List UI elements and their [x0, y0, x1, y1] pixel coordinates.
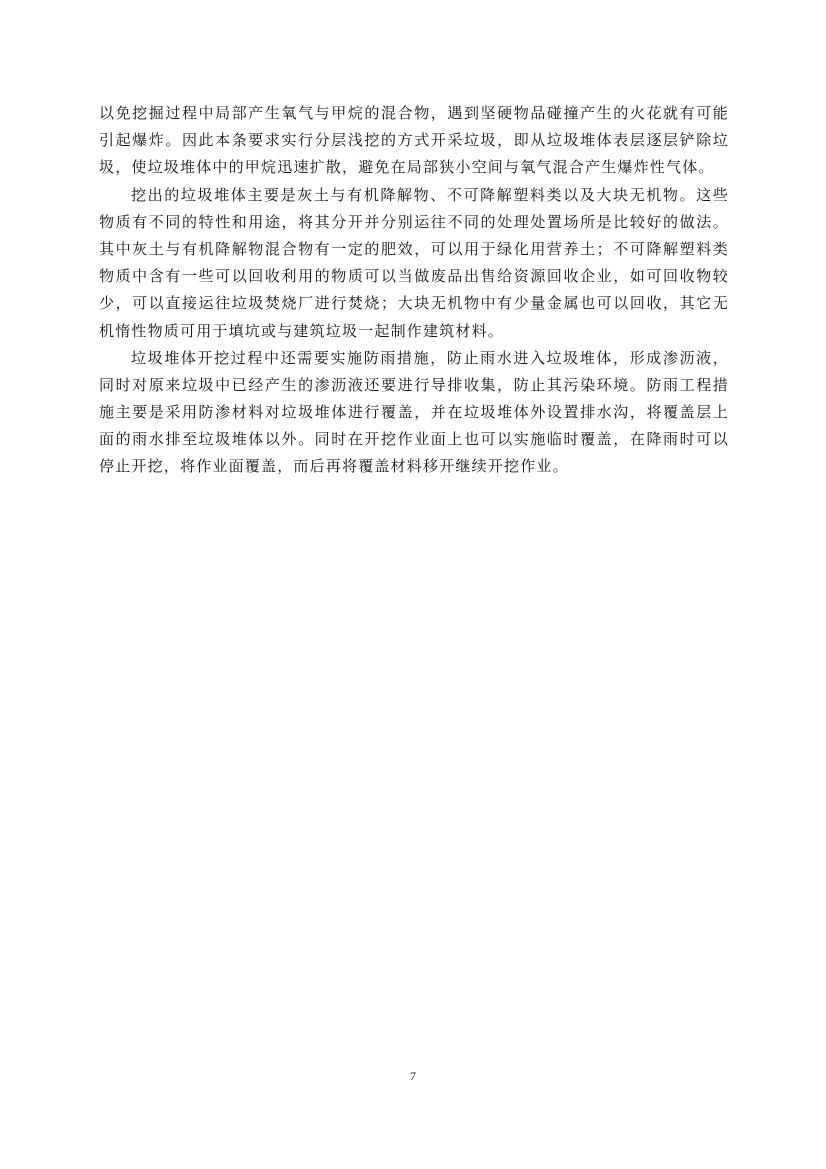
text-line: 停止开挖，将作业面覆盖，而后再将覆盖材料移开继续开挖作业。	[99, 453, 729, 480]
text-line: 少，可以直接运往垃圾焚烧厂进行焚烧；大块无机物中有少量金属也可以回收，其它无	[99, 290, 729, 317]
text-line: 挖出的垃圾堆体主要是灰土与有机降解物、不可降解塑料类以及大块无机物。这些	[99, 182, 729, 209]
text-line: 圾，使垃圾堆体中的甲烷迅速扩散，避免在局部狭小空间与氧气混合产生爆炸性气体。	[99, 154, 729, 181]
text-line: 机惰性物质可用于填坑或与建筑垃圾一起制作建筑材料。	[99, 318, 729, 345]
text-line: 物质有不同的特性和用途，将其分开并分别运往不同的处理处置场所是比较好的做法。	[99, 209, 729, 236]
text-line: 施主要是采用防渗材料对垃圾堆体进行覆盖，并在垃圾堆体外设置排水沟，将覆盖层上	[99, 399, 729, 426]
paragraph-2: 挖出的垃圾堆体主要是灰土与有机降解物、不可降解塑料类以及大块无机物。这些 物质有…	[99, 182, 729, 345]
page-number: 7	[0, 1069, 826, 1084]
text-line: 其中灰土与有机降解物混合物有一定的肥效，可以用于绿化用营养土；不可降解塑料类	[99, 236, 729, 263]
text-line: 同时对原来垃圾中已经产生的渗沥液还要进行导排收集，防止其污染环境。防雨工程措	[99, 372, 729, 399]
text-line: 引起爆炸。因此本条要求实行分层浅挖的方式开采垃圾，即从垃圾堆体表层逐层铲除垃	[99, 127, 729, 154]
text-line: 物质中含有一些可以回收利用的物质可以当做废品出售给资源回收企业，如可回收物较	[99, 263, 729, 290]
document-page: 以免挖掘过程中局部产生氧气与甲烷的混合物，遇到坚硬物品碰撞产生的火花就有可能 引…	[0, 0, 826, 1169]
text-line: 垃圾堆体开挖过程中还需要实施防雨措施，防止雨水进入垃圾堆体，形成渗沥液，	[99, 345, 729, 372]
paragraph-1: 以免挖掘过程中局部产生氧气与甲烷的混合物，遇到坚硬物品碰撞产生的火花就有可能 引…	[99, 100, 729, 182]
text-line: 面的雨水排至垃圾堆体以外。同时在开挖作业面上也可以实施临时覆盖，在降雨时可以	[99, 426, 729, 453]
text-line: 以免挖掘过程中局部产生氧气与甲烷的混合物，遇到坚硬物品碰撞产生的火花就有可能	[99, 100, 729, 127]
paragraph-3: 垃圾堆体开挖过程中还需要实施防雨措施，防止雨水进入垃圾堆体，形成渗沥液， 同时对…	[99, 345, 729, 481]
body-text: 以免挖掘过程中局部产生氧气与甲烷的混合物，遇到坚硬物品碰撞产生的火花就有可能 引…	[99, 100, 729, 481]
